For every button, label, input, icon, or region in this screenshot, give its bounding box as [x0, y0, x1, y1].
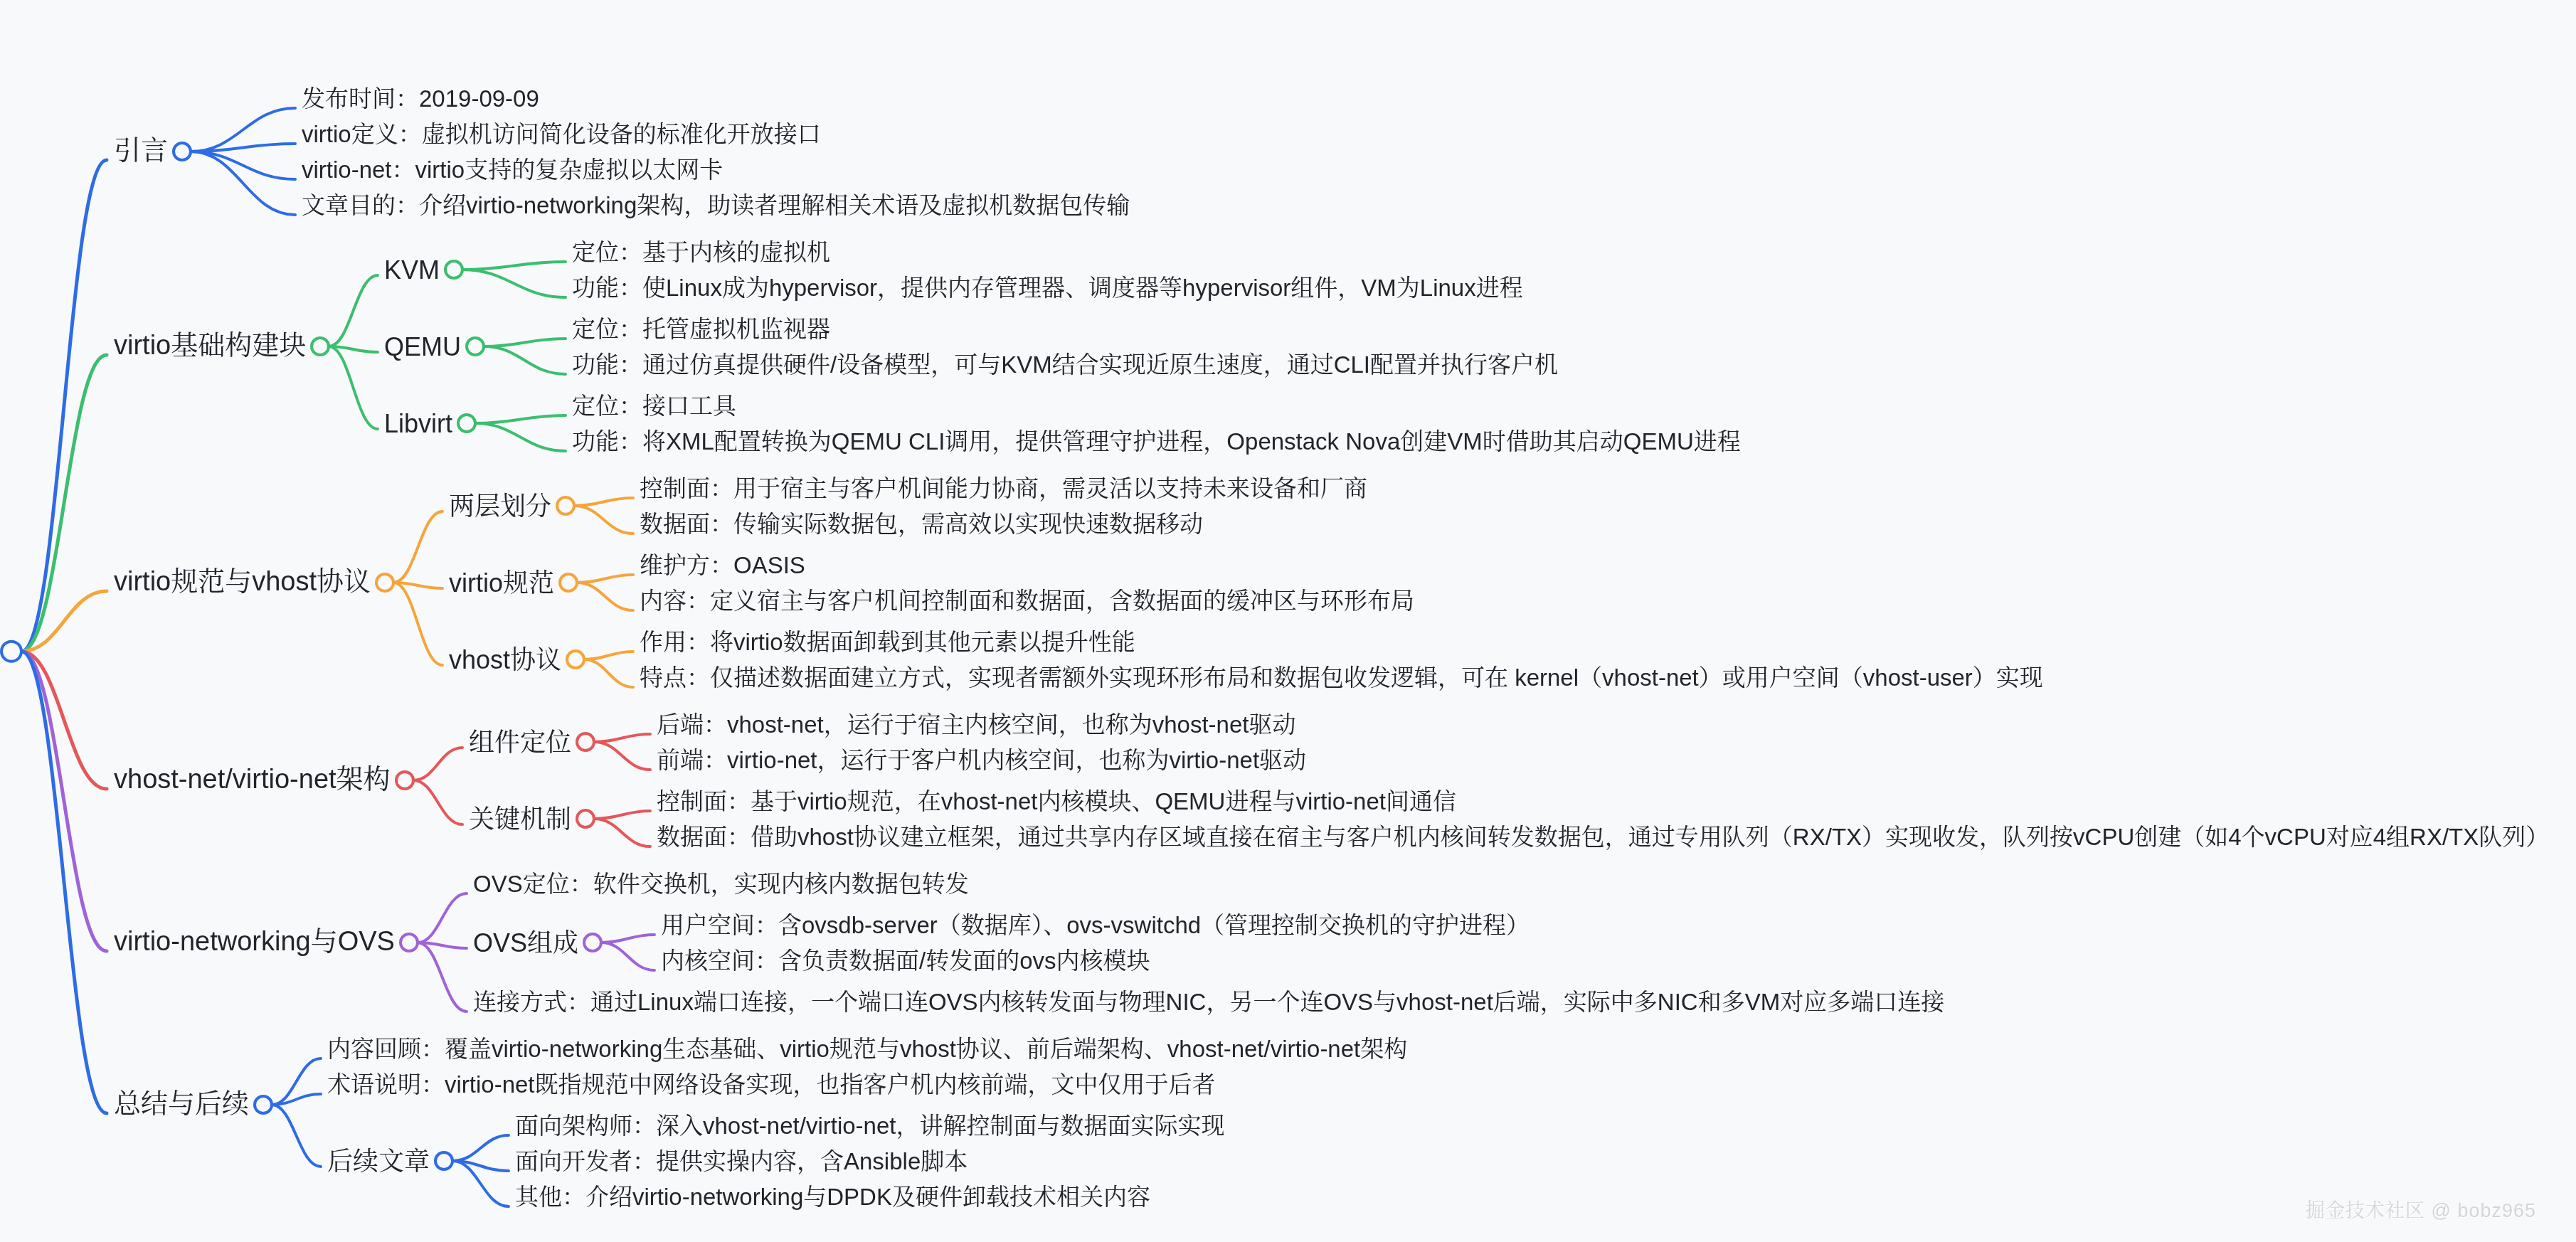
- mindmap-leaf-label[interactable]: 控制面：用于宿主与客户机间能力协商，需灵活以支持未来设备和厂商: [640, 474, 1367, 503]
- mindmap-leaf-label[interactable]: virtio-net：virtio支持的复杂虚拟以太网卡: [302, 155, 723, 184]
- mindmap-leaf-label[interactable]: 文章目的：介绍virtio-networking架构，助读者理解相关术语及虚拟机…: [302, 191, 1130, 220]
- mindmap-leaf-label[interactable]: 作用：将virtio数据面卸载到其他元素以提升性能: [640, 627, 1135, 657]
- mindmap-branch-label[interactable]: vhost-net/virtio-net架构: [114, 763, 391, 797]
- mindmap-edge: [329, 346, 378, 429]
- mindmap-canvas[interactable]: 掘金技术社区 @ bobz965 引言发布时间：2019-09-09virtio…: [0, 0, 2576, 1242]
- mindmap-edge: [577, 583, 633, 610]
- mindmap-edge: [329, 275, 378, 346]
- mindmap-edge: [191, 152, 295, 179]
- collapse-handle[interactable]: [567, 651, 584, 668]
- mindmap-leaf-label[interactable]: 维护方：OASIS: [640, 551, 805, 580]
- collapse-handle[interactable]: [445, 261, 462, 278]
- mindmap-node-label[interactable]: QEMU: [384, 331, 461, 363]
- mindmap-edge: [272, 1058, 321, 1105]
- mindmap-leaf-label[interactable]: 连接方式：通过Linux端口连接，一个端口连OVS内核转发面与物理NIC，另一个…: [473, 987, 1944, 1017]
- mindmap-leaf-label[interactable]: 前端：virtio-net，运行于客户机内核空间，也称为virtio-net驱动: [657, 745, 1306, 775]
- collapse-handle[interactable]: [560, 574, 577, 591]
- mindmap-leaf-label[interactable]: 定位：接口工具: [572, 391, 736, 420]
- mindmap-node-label[interactable]: 组件定位: [469, 726, 571, 758]
- mindmap-edge: [574, 498, 633, 506]
- mindmap-edge: [594, 742, 650, 770]
- mindmap-edge: [462, 270, 566, 297]
- mindmap-edge: [21, 652, 107, 951]
- mindmap-edge: [577, 575, 633, 583]
- mindmap-edge: [462, 262, 566, 270]
- watermark: 掘金技术社区 @ bobz965: [2306, 1195, 2536, 1223]
- mindmap-edge: [413, 748, 462, 780]
- mindmap-branch-label[interactable]: 总结与后续: [114, 1088, 249, 1122]
- mindmap-edge: [393, 583, 442, 665]
- mindmap-branch-label[interactable]: virtio规范与vhost协议: [114, 566, 371, 600]
- collapse-handle[interactable]: [396, 772, 413, 789]
- mindmap-node-label[interactable]: vhost协议: [449, 644, 561, 676]
- mindmap-leaf-label[interactable]: 后端：vhost-net，运行于宿主内核空间，也称为vhost-net驱动: [657, 710, 1295, 739]
- mindmap-leaf-label[interactable]: 面向架构师：深入vhost-net/virtio-net，讲解控制面与数据面实际…: [515, 1111, 1224, 1140]
- collapse-handle[interactable]: [584, 934, 601, 951]
- mindmap-leaf-label[interactable]: 特点：仅描述数据面建立方式，实现者需额外实现环形布局和数据包收发逻辑，可在 ke…: [640, 663, 2043, 692]
- mindmap-leaf-label[interactable]: 术语说明：virtio-net既指规范中网络设备实现，也指客户机内核前端，文中仅…: [327, 1070, 1216, 1099]
- mindmap-edge: [272, 1094, 321, 1105]
- mindmap-node-label[interactable]: KVM: [384, 254, 440, 286]
- collapse-handle[interactable]: [577, 733, 594, 750]
- mindmap-branch-label[interactable]: virtio基础构建块: [114, 329, 306, 363]
- mindmap-node-label[interactable]: 关键机制: [469, 803, 571, 835]
- mindmap-root-node[interactable]: [1, 642, 21, 662]
- mindmap-edge: [191, 144, 295, 152]
- collapse-handle[interactable]: [376, 574, 393, 591]
- mindmap-edge: [584, 659, 633, 687]
- mindmap-edge: [452, 1135, 509, 1161]
- mindmap-edge: [413, 780, 462, 824]
- mindmap-edge: [484, 346, 566, 374]
- mindmap-branch-label[interactable]: 引言: [114, 134, 168, 169]
- mindmap-leaf-label[interactable]: 用户空间：含ovsdb-server（数据库）、ovs-vswitchd（管理控…: [661, 911, 1530, 940]
- mindmap-edge: [272, 1105, 321, 1167]
- mindmap-node-label[interactable]: OVS组成: [473, 927, 578, 959]
- mindmap-edge: [594, 734, 650, 742]
- collapse-handle[interactable]: [557, 497, 574, 514]
- mindmap-leaf-label[interactable]: 数据面：传输实际数据包，需高效以实现快速数据移动: [640, 509, 1203, 538]
- mindmap-leaf-label[interactable]: 内核空间：含负责数据面/转发面的ovs内核模块: [661, 946, 1150, 975]
- mindmap-edge: [418, 943, 467, 1012]
- mindmap-edge: [452, 1161, 509, 1206]
- collapse-handle[interactable]: [312, 338, 329, 355]
- mindmap-node-label[interactable]: 两层划分: [449, 490, 551, 522]
- mindmap-leaf-label[interactable]: 功能：通过仿真提供硬件/设备模型，可与KVM结合实现近原生速度，通过CLI配置并…: [572, 350, 1558, 379]
- mindmap-leaf-label[interactable]: virtio定义：虚拟机访问简化设备的标准化开放接口: [302, 120, 821, 149]
- mindmap-leaf-label[interactable]: 发布时间：2019-09-09: [302, 84, 539, 113]
- mindmap-leaf-label[interactable]: 控制面：基于virtio规范，在vhost-net内核模块、QEMU进程与vir…: [657, 787, 1456, 816]
- mindmap-leaf-label[interactable]: 内容：定义宿主与客户机间控制面和数据面，含数据面的缓冲区与环形布局: [640, 586, 1414, 615]
- mindmap-leaf-label[interactable]: 面向开发者：提供实操内容，含Ansible脚本: [515, 1147, 968, 1176]
- mindmap-edge: [601, 935, 654, 943]
- collapse-handle[interactable]: [174, 143, 191, 160]
- mindmap-leaf-label[interactable]: 定位：基于内核的虚拟机: [572, 238, 830, 267]
- mindmap-node-label[interactable]: 后续文章: [327, 1145, 430, 1177]
- mindmap-edge: [393, 511, 442, 583]
- mindmap-edge: [21, 160, 107, 652]
- mindmap-node-label[interactable]: virtio规范: [449, 567, 554, 599]
- mindmap-leaf-label[interactable]: 内容回顾：覆盖virtio-networking生态基础、virtio规范与vh…: [327, 1034, 1407, 1063]
- mindmap-edge: [594, 819, 650, 846]
- mindmap-edge: [574, 506, 633, 534]
- collapse-handle[interactable]: [401, 934, 418, 951]
- collapse-handle[interactable]: [577, 810, 594, 827]
- mindmap-branch-label[interactable]: virtio-networking与OVS: [114, 925, 395, 960]
- mindmap-edge: [191, 152, 295, 215]
- collapse-handle[interactable]: [435, 1152, 452, 1169]
- mindmap-edge: [475, 423, 566, 451]
- mindmap-leaf-label[interactable]: 功能：使Linux成为hypervisor，提供内存管理器、调度器等hyperv…: [572, 273, 1523, 302]
- mindmap-leaf-label[interactable]: 其他：介绍virtio-networking与DPDK及硬件卸载技术相关内容: [515, 1182, 1150, 1211]
- mindmap-edge: [475, 415, 566, 423]
- mindmap-leaf-label[interactable]: OVS定位：软件交换机，实现内核内数据包转发: [473, 869, 969, 898]
- mindmap-edge: [418, 893, 467, 943]
- mindmap-edge: [584, 652, 633, 659]
- mindmap-edge: [484, 339, 566, 346]
- collapse-handle[interactable]: [467, 338, 484, 355]
- collapse-handle[interactable]: [255, 1096, 272, 1113]
- mindmap-edge: [601, 943, 654, 970]
- mindmap-leaf-label[interactable]: 数据面：借助vhost协议建立框架，通过共享内存区域直接在宿主与客户机内核间转发…: [657, 822, 2549, 851]
- mindmap-edge: [594, 811, 650, 819]
- mindmap-leaf-label[interactable]: 功能：将XML配置转换为QEMU CLI调用，提供管理守护进程，Openstac…: [572, 427, 1741, 456]
- mindmap-node-label[interactable]: Libvirt: [384, 408, 452, 440]
- mindmap-leaf-label[interactable]: 定位：托管虚拟机监视器: [572, 314, 830, 344]
- collapse-handle[interactable]: [458, 415, 475, 432]
